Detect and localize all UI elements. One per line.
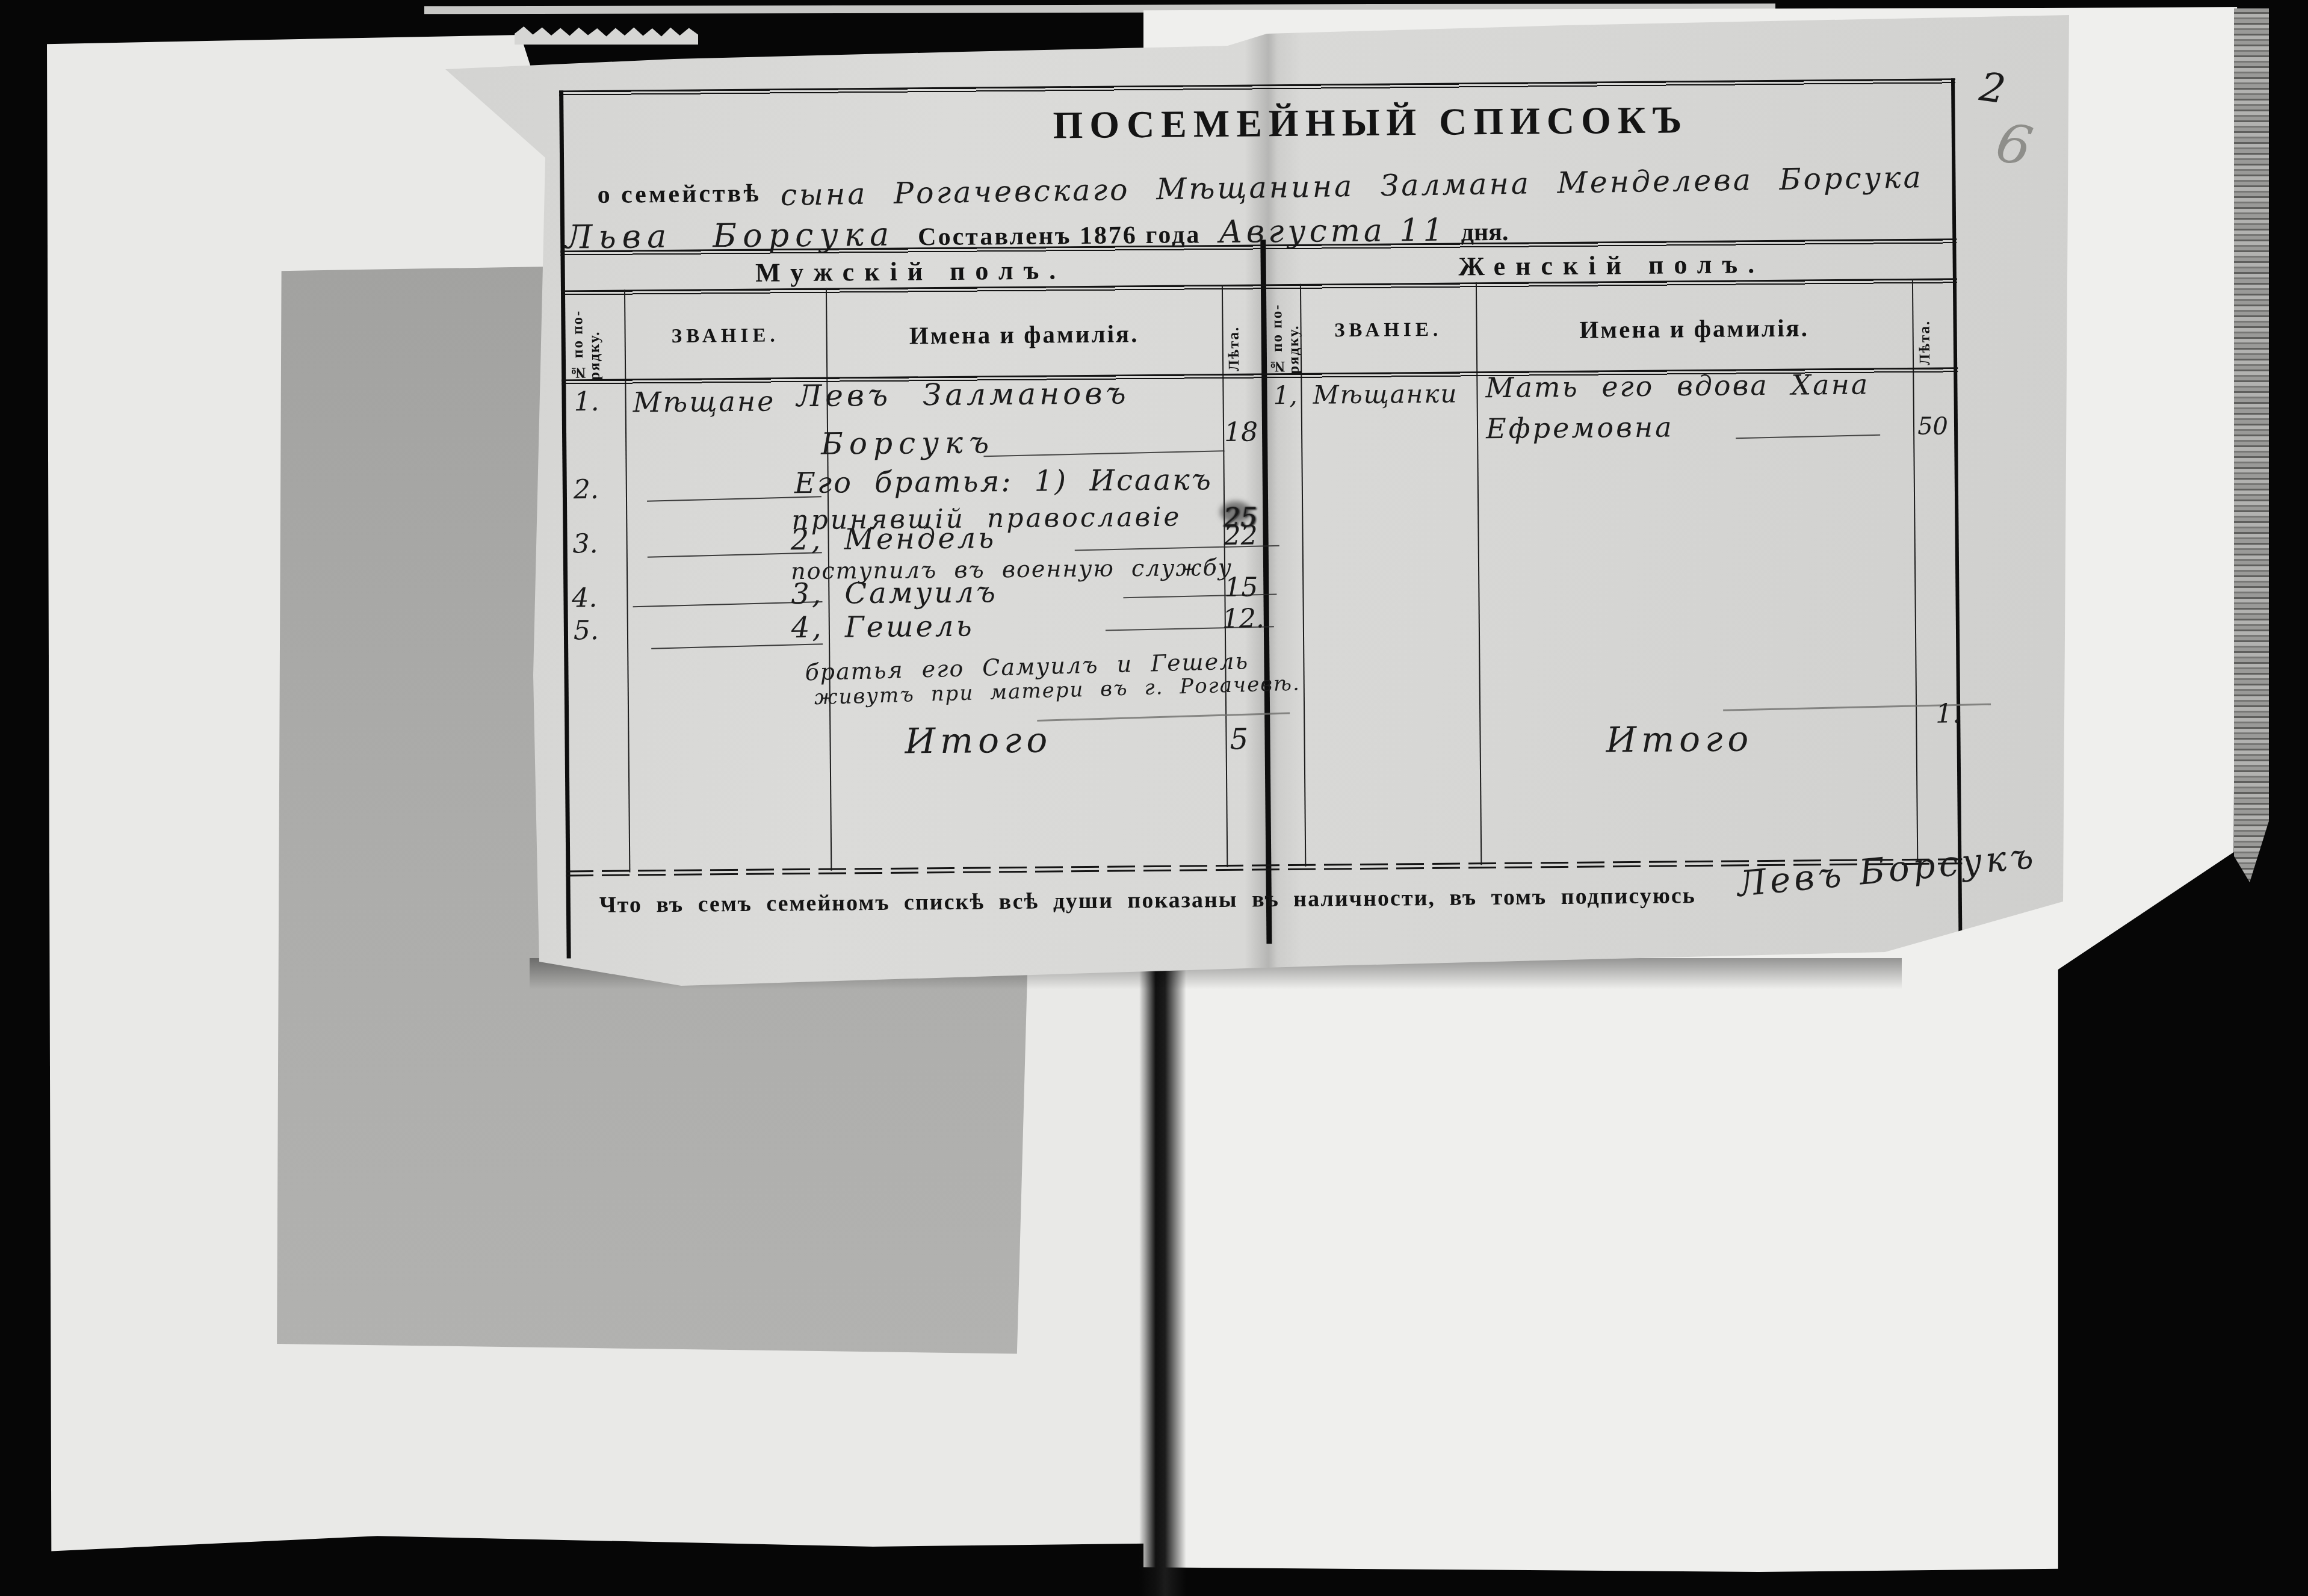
folio-number-pencil: 6 [1991,110,2038,179]
name-line: Борсукъ [821,425,995,462]
total-value-male: 5 [1230,723,1248,756]
name-line: Его братья: 1) Исаакъ [794,463,1213,500]
book-page-stack-edge [2234,8,2269,882]
row-number: 2. [574,474,599,505]
divider-female-rank [1476,282,1482,865]
family-handwritten: сына Рогачевскаго Мѣщанина Залмана Менде… [780,160,1923,212]
pencil-line-male [1037,713,1290,722]
age-value: 12. [1222,603,1264,634]
total-label-male: Итого [905,719,1052,761]
family-list-document-sheet: 2 6 ПОСЕМЕЙНЫЙ СПИСОКЪ о семействѣ сына … [421,12,2075,991]
name-flourish [983,450,1224,457]
age-value: 18 [1224,416,1258,447]
rank-value: Мѣщанки [1313,379,1458,410]
name-line: Ефремовна [1486,410,1674,445]
column-header-age-male: Лѣта. [1225,298,1260,371]
row-number: 4. [572,583,597,613]
row-number: 5. [574,615,599,646]
name-flourish [1736,435,1880,439]
archival-scan: 2 6 ПОСЕМЕЙНЫЙ СПИСОКЪ о семействѣ сына … [0,0,2308,1596]
total-value-female: 1. [1935,698,1961,729]
family-about-line: о семействѣ сына Рогачевскаго Мѣщанина З… [597,164,1923,210]
row-number: 3. [572,528,598,559]
name-line: 4, Гешель [791,610,974,645]
divider-female-age [1912,279,1918,861]
column-header-names-male: Имена и фамилія. [826,318,1222,351]
column-header-number-male: № по по- рядку. [569,298,618,381]
row-number: 1. [574,386,599,417]
row-number: 1, [1273,380,1298,410]
name-line: 2, Мендель [790,521,996,557]
age-value: 22 [1224,520,1257,551]
divider-male-number [624,290,630,873]
name-line: Левъ Залмановъ [796,376,1130,413]
male-section-label: Мужскій полъ. [561,253,1261,289]
document-title: ПОСЕМЕЙНЫЙ СПИСОКЪ [1053,97,1688,147]
perforated-paper-strip [515,26,698,45]
frame-top-rule [559,78,1955,96]
posemeyny-spisok-form: ПОСЕМЕЙНЫЙ СПИСОКЪ о семействѣ сына Рога… [559,66,1969,975]
age-value: 15 [1224,572,1258,602]
frame-right-border [1951,78,1963,946]
name-line: 3, Самуилъ [791,575,998,611]
column-header-rank-male: ЗВАНІЕ. [624,324,826,348]
column-header-age-female: Лѣта. [1916,292,1951,365]
column-header-number-female: № по по- рядку. [1269,292,1299,374]
book-gutter-shadow [1139,936,1186,1596]
signature: Левъ Борсукъ [1735,835,2038,905]
total-label-female: Итого [1606,718,1753,760]
column-header-names-female: Имена и фамилія. [1476,312,1912,345]
name-line: Мать его вдова Хана [1485,368,1869,404]
family-label: о семействѣ [597,180,761,209]
rank-value: Мѣщане [633,385,775,418]
folio-number-ink: 2 [1977,63,2008,113]
age-value: 50 [1917,412,1948,440]
female-section-label: Женскій полъ. [1266,247,1957,283]
certification-text: Что въ семъ семейномъ спискѣ всѣ души по… [599,882,1696,918]
column-header-rank-female: ЗВАНІЕ. [1300,318,1476,342]
